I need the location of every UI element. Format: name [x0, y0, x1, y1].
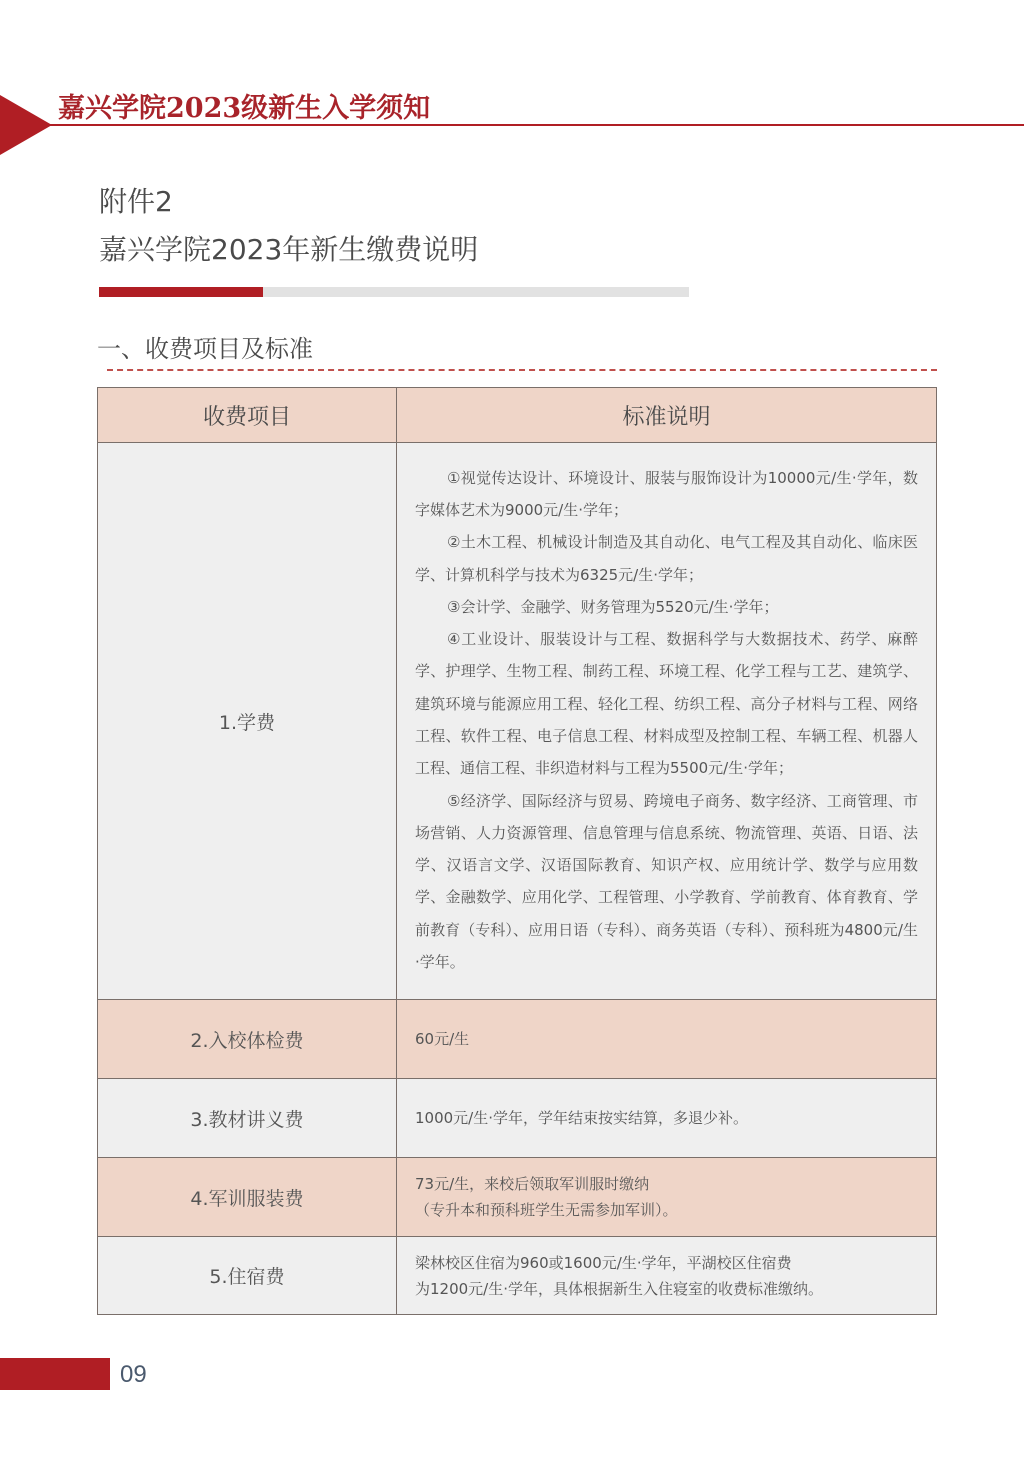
page-number: 09: [120, 1361, 147, 1389]
fee-description: 73元/生，来校后领取军训服时缴纳 （专升本和预科班学生无需参加军训）。: [397, 1158, 937, 1237]
fee-description: 60元/生: [397, 1000, 937, 1079]
tuition-tier-3: ③会计学、金融学、财务管理为5520元/生·学年；: [415, 591, 918, 623]
title-underline-bar: [99, 287, 689, 297]
fee-description-line: （专升本和预科班学生无需参加军训）。: [415, 1197, 918, 1223]
table-header-row: 收费项目 标准说明: [98, 388, 937, 443]
fee-description: 梁林校区住宿为960或1600元/生·学年，平湖校区住宿费 为1200元/生·学…: [397, 1237, 937, 1315]
table-row-accommodation: 5.住宿费 梁林校区住宿为960或1600元/生·学年，平湖校区住宿费 为120…: [98, 1237, 937, 1315]
table-row-military-uniform: 4.军训服装费 73元/生，来校后领取军训服时缴纳 （专升本和预科班学生无需参加…: [98, 1158, 937, 1237]
fee-item-label: 1.学费: [98, 443, 397, 1000]
fee-item-label: 4.军训服装费: [98, 1158, 397, 1237]
tuition-tier-5: ⑤经济学、国际经济与贸易、跨境电子商务、数字经济、工商管理、市场营销、人力资源管…: [415, 785, 918, 979]
fee-item-label: 2.入校体检费: [98, 1000, 397, 1079]
section-heading: 一、收费项目及标准: [97, 329, 313, 364]
fee-description-line: 为1200元/生·学年，具体根据新生入住寝室的收费标准缴纳。: [415, 1276, 918, 1302]
tuition-tier-4: ④工业设计、服装设计与工程、数据科学与大数据技术、药学、麻醉学、护理学、生物工程…: [415, 623, 918, 784]
column-header-description: 标准说明: [397, 388, 937, 443]
title-underline-accent: [99, 287, 263, 297]
table-row-tuition: 1.学费 ①视觉传达设计、环境设计、服装与服饰设计为10000元/生·学年，数字…: [98, 443, 937, 1000]
header-triangle-decoration: [0, 95, 52, 155]
dashed-divider: [107, 369, 937, 371]
running-header-title: 嘉兴学院2023级新生入学须知: [58, 86, 430, 125]
table-row-medical-exam: 2.入校体检费 60元/生: [98, 1000, 937, 1079]
footer-accent-bar: [0, 1358, 110, 1390]
column-header-item: 收费项目: [98, 388, 397, 443]
fee-description-line: 1000元/生·学年，学年结束按实结算，多退少补。: [415, 1105, 918, 1131]
fee-description: ①视觉传达设计、环境设计、服装与服饰设计为10000元/生·学年，数字媒体艺术为…: [397, 443, 937, 1000]
fee-description: 1000元/生·学年，学年结束按实结算，多退少补。: [397, 1079, 937, 1158]
table-row-textbooks: 3.教材讲义费 1000元/生·学年，学年结束按实结算，多退少补。: [98, 1079, 937, 1158]
fee-item-label: 3.教材讲义费: [98, 1079, 397, 1158]
tuition-tier-2: ②土木工程、机械设计制造及其自动化、电气工程及其自动化、临床医学、计算机科学与技…: [415, 526, 918, 591]
tuition-tier-1: ①视觉传达设计、环境设计、服装与服饰设计为10000元/生·学年，数字媒体艺术为…: [415, 462, 918, 527]
fee-description-line: 60元/生: [415, 1026, 918, 1052]
fee-item-label: 5.住宿费: [98, 1237, 397, 1315]
fee-table: 收费项目 标准说明 1.学费 ①视觉传达设计、环境设计、服装与服饰设计为1000…: [97, 387, 937, 1315]
page-title: 嘉兴学院2023年新生缴费说明: [99, 228, 478, 268]
attachment-label: 附件2: [99, 180, 173, 220]
fee-description-line: 梁林校区住宿为960或1600元/生·学年，平湖校区住宿费: [415, 1250, 918, 1276]
fee-description-line: 73元/生，来校后领取军训服时缴纳: [415, 1171, 918, 1197]
